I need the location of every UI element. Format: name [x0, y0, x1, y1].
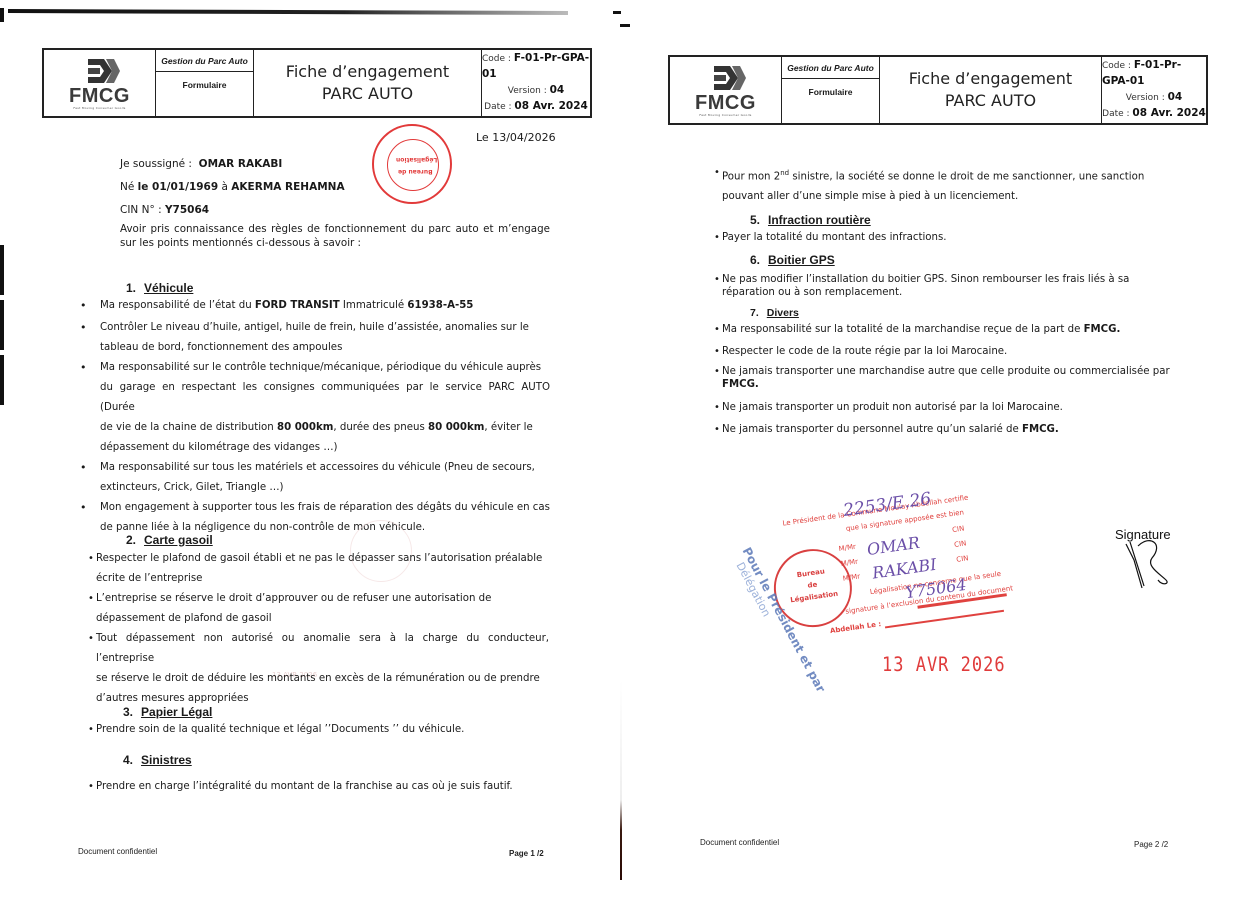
cin-value: Y75064	[165, 204, 209, 216]
undersigned-field: Je soussigné : OMAR RAKABI	[120, 158, 282, 170]
date-stamp: 13 AVR 2026	[882, 654, 1006, 677]
list-item: Ma responsabilité sur la totalité de la …	[714, 320, 1172, 340]
list-item: Respecter le code de la route régie par …	[714, 342, 1172, 362]
list-item: Ne jamais transporter un produit non aut…	[714, 398, 1172, 418]
doc-date: Date : 08 Avr. 2024	[484, 99, 588, 115]
section-papier-list: Prendre soin de la qualité technique et …	[88, 720, 558, 740]
section-sinistres-list: Prendre en charge l’intégralité du monta…	[88, 777, 558, 797]
list-item: Mon engagement à supporter tous les frai…	[76, 498, 550, 538]
page-2: FMCG Fast Moving Consumer Goods Gestion …	[630, 20, 1240, 900]
header-department-cell: Gestion du Parc Auto Formulaire	[156, 50, 254, 116]
intro-paragraph: Avoir pris connaissance des règles de fo…	[120, 223, 550, 250]
list-item: Payer la totalité du montant des infract…	[714, 228, 1172, 248]
section-gasoil-list: Respecter le plafond de gasoil établi et…	[88, 549, 549, 709]
signing-date: Le 13/04/2026	[476, 131, 556, 144]
list-item: Ne jamais transporter du personnel autre…	[714, 420, 1172, 440]
section-title-gps: 6.Boitier GPS	[750, 253, 835, 267]
list-item: Contrôler Le niveau d’huile, antigel, hu…	[76, 318, 550, 358]
document-title: Fiche d’engagement PARC AUTO	[880, 57, 1102, 123]
section-title-carte-gasoil: 2.Carte gasoil	[126, 533, 213, 547]
scan-edge	[0, 355, 4, 405]
cin-field: CIN N° : Y75064	[120, 204, 209, 216]
doc-version: Version : 04	[508, 83, 565, 99]
page-divider	[620, 680, 622, 880]
section-infraction-list: Payer la totalité du montant des infract…	[714, 228, 1172, 248]
birth-place: AKERMA REHAMNA	[231, 181, 344, 193]
title-line-1: Fiche d’engagement	[909, 68, 1072, 90]
handwritten-last-name: RAKABI	[871, 555, 938, 583]
section-title-papier-legal: 3.Papier Légal	[123, 705, 212, 719]
logo-arrow-icon	[706, 64, 746, 92]
section-divers-list: Ma responsabilité sur la totalité de la …	[714, 320, 1172, 440]
scan-edge	[613, 11, 621, 14]
form-type-label: Formulaire	[156, 72, 253, 116]
list-item: Pour mon 2nd sinistre, la société se don…	[714, 163, 1172, 207]
list-item: Ma responsabilité sur tous les matériels…	[76, 458, 550, 498]
logo-tagline: Fast Moving Consumer Goods	[699, 113, 751, 117]
commune-stamp: Légalisation Bureau de	[372, 124, 452, 204]
doc-code: Code : F-01-Pr-GPA-01	[1102, 58, 1206, 90]
list-item: Ma responsabilité de l’état du FORD TRAN…	[76, 296, 550, 316]
footer-confidential: Document confidentiel	[700, 838, 779, 847]
logo-text: FMCG	[69, 86, 130, 106]
company-logo: FMCG Fast Moving Consumer Goods	[44, 50, 156, 116]
list-item: Ne jamais transporter une marchandise au…	[714, 365, 1172, 391]
list-item: Prendre soin de la qualité technique et …	[88, 720, 558, 740]
list-item: Ma responsabilité sur le contrôle techni…	[76, 358, 550, 458]
title-line-1: Fiche d’engagement	[286, 61, 449, 83]
document-header: FMCG Fast Moving Consumer Goods Gestion …	[668, 55, 1208, 125]
doc-version: Version : 04	[1126, 90, 1183, 106]
undersigned-name: OMAR RAKABI	[199, 158, 283, 170]
list-item: Prendre en charge l’intégralité du monta…	[88, 777, 558, 797]
document-title: Fiche d’engagement PARC AUTO	[254, 50, 482, 116]
form-type-label: Formulaire	[782, 79, 879, 123]
document-header: FMCG Fast Moving Consumer Goods Gestion …	[42, 48, 592, 118]
logo-text: FMCG	[695, 93, 756, 113]
handwritten-first-name: OMAR	[866, 533, 921, 559]
scan-edge	[0, 245, 4, 295]
list-item: Ne pas modifier l’installation du boitie…	[714, 273, 1172, 299]
scan-edge	[0, 300, 4, 350]
scan-edge	[0, 8, 4, 22]
title-line-2: PARC AUTO	[945, 90, 1036, 112]
logo-tagline: Fast Moving Consumer Goods	[73, 106, 125, 110]
section-gps-list: Ne pas modifier l’installation du boitie…	[714, 273, 1172, 299]
department-label: Gestion du Parc Auto	[156, 50, 253, 72]
list-item: Tout dépassement non autorisé ou anomali…	[88, 629, 549, 709]
section-title-divers: 7.Divers	[750, 307, 799, 319]
document-meta: Code : F-01-Pr-GPA-01 Version : 04 Date …	[1102, 57, 1206, 123]
header-department-cell: Gestion du Parc Auto Formulaire	[782, 57, 880, 123]
logo-arrow-icon	[80, 57, 120, 85]
section-vehicule-list: Ma responsabilité de l’état du FORD TRAN…	[76, 296, 550, 538]
footer-confidential: Document confidentiel	[78, 847, 157, 856]
page-number: Page 2 /2	[1134, 840, 1168, 849]
signature-scribble	[1120, 540, 1180, 590]
page-number: Page 1 /2	[509, 849, 544, 858]
doc-code: Code : F-01-Pr-GPA-01	[482, 51, 590, 83]
document-meta: Code : F-01-Pr-GPA-01 Version : 04 Date …	[482, 50, 590, 116]
section-title-sinistres: 4.Sinistres	[123, 753, 192, 767]
birth-field: Né le 01/01/1969 à AKERMA REHAMNA	[120, 181, 345, 193]
department-label: Gestion du Parc Auto	[782, 57, 879, 79]
section-title-vehicule: 1.Véhicule	[126, 281, 193, 295]
sinistres-continuation-list: Pour mon 2nd sinistre, la société se don…	[714, 163, 1172, 207]
title-line-2: PARC AUTO	[322, 83, 413, 105]
list-item: L’entreprise se réserve le droit d’appro…	[88, 589, 549, 629]
page-1: FMCG Fast Moving Consumer Goods Gestion …	[10, 15, 615, 895]
doc-date: Date : 08 Avr. 2024	[1102, 106, 1206, 122]
company-logo: FMCG Fast Moving Consumer Goods	[670, 57, 782, 123]
section-title-infraction: 5.Infraction routière	[750, 213, 871, 227]
list-item: Respecter le plafond de gasoil établi et…	[88, 549, 549, 589]
